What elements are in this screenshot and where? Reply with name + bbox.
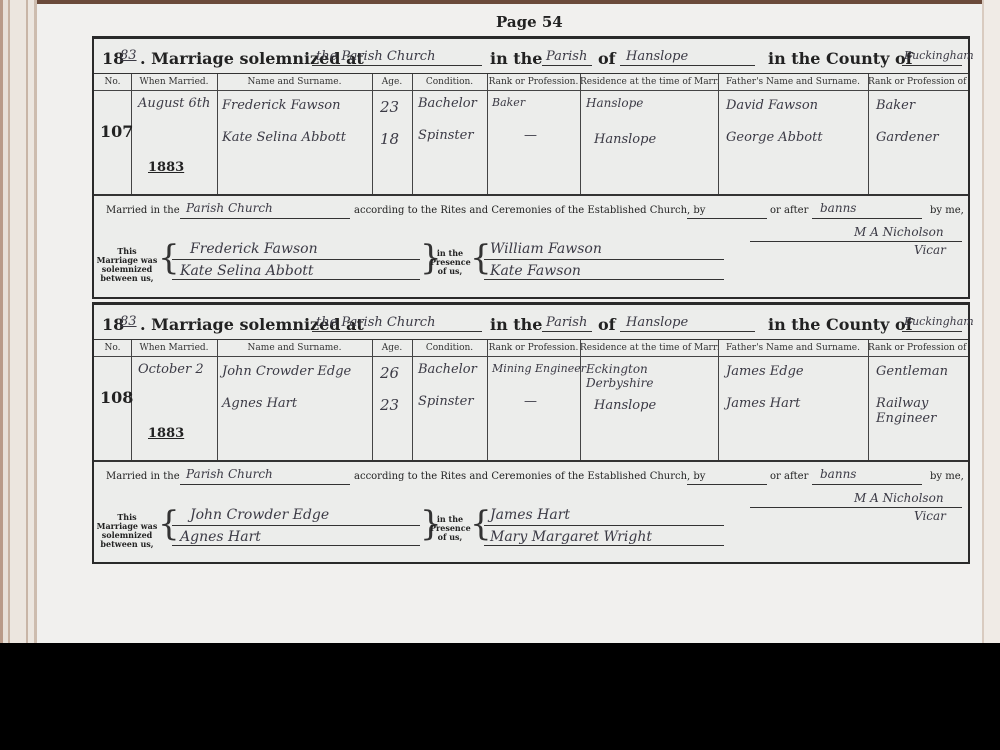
column-header: Father's Name and Surname. — [718, 340, 868, 357]
bride-condition: Spinster — [418, 128, 474, 143]
district-name-value: Hanslope — [626, 315, 688, 330]
entry-year: 1883 — [148, 160, 184, 175]
county-label: in the County of — [768, 49, 913, 68]
column-header: Rank or Profession. — [487, 340, 580, 357]
bride-residence: Hanslope — [594, 398, 656, 413]
county-value: Buckingham — [904, 49, 974, 62]
witness-signature: Kate Fawson — [490, 263, 581, 279]
or-after-value: banns — [820, 467, 856, 481]
groom-father-rank: Baker — [876, 98, 915, 113]
groom-rank: Baker — [492, 96, 525, 109]
column-header: Rank or Profession of Father — [868, 340, 968, 357]
bride-age: 18 — [380, 130, 399, 148]
column-header: Rank or Profession of Father — [868, 74, 968, 91]
entry-table: No. When Married. Name and Surname. Age.… — [94, 339, 968, 462]
place-value: the Parish Church — [316, 49, 435, 64]
year-hand: 83 — [120, 314, 137, 329]
in-presence-label: in the Presence of us, — [430, 515, 470, 542]
officiant-title: Vicar — [914, 243, 946, 257]
this-marriage-label: This Marriage was solemnized between us, — [96, 247, 158, 283]
column-header: No. — [94, 74, 131, 91]
bride-father-rank: Railway Engineer — [876, 396, 956, 426]
column-header: When Married. — [131, 340, 217, 357]
county-label: in the County of — [768, 315, 913, 334]
bride-father: George Abbott — [726, 130, 823, 145]
bride-signature: Agnes Hart — [180, 529, 261, 545]
column: When Married. — [131, 340, 218, 460]
bride-age: 23 — [380, 396, 399, 414]
bride-rank: — — [524, 394, 537, 409]
or-after-value: banns — [820, 201, 856, 215]
bride-father-rank: Gardener — [876, 130, 956, 145]
in-the-label: in the — [490, 315, 542, 334]
column-header: Rank or Profession. — [487, 74, 580, 91]
groom-residence: Eckington Derbyshire — [586, 362, 716, 390]
or-after-label: or after — [770, 471, 808, 482]
year-hand: 83 — [120, 48, 137, 63]
when-married: August 6th — [138, 96, 210, 111]
place-value: the Parish Church — [316, 315, 435, 330]
groom-age: 26 — [380, 364, 399, 382]
page-edges-left — [0, 0, 37, 643]
groom-father: James Edge — [726, 364, 804, 379]
married-in-value: Parish Church — [186, 201, 273, 215]
officiant-signature: M A Nicholson — [854, 491, 944, 505]
groom-father: David Fawson — [726, 98, 818, 113]
column-header: Age. — [372, 340, 412, 357]
of-label: of — [598, 49, 616, 68]
groom-name: Frederick Fawson — [222, 98, 341, 113]
column-header: Residence at the time of Marriage. — [580, 74, 718, 91]
bride-rank: — — [524, 128, 537, 143]
entry-table: No. When Married. Name and Surname. Age.… — [94, 73, 968, 196]
column-header: Name and Surname. — [217, 340, 372, 357]
entry-number: 107 — [100, 122, 133, 141]
column-header: Condition. — [412, 340, 487, 357]
column-header: Residence at the time of Marriage. — [580, 340, 718, 357]
witness-signature: James Hart — [490, 507, 570, 523]
column-header: Father's Name and Surname. — [718, 74, 868, 91]
bride-name: Kate Selina Abbott — [222, 130, 346, 145]
county-value: Buckingham — [904, 315, 974, 328]
column-header: Name and Surname. — [217, 74, 372, 91]
groom-name: John Crowder Edge — [222, 364, 351, 379]
by-me-label: by me, — [930, 471, 964, 482]
groom-condition: Bachelor — [418, 362, 477, 377]
entry-heading: 18 83 . Marriage solemnized at the Paris… — [102, 43, 962, 71]
married-in-label: Married in the — [106, 205, 180, 216]
bride-signature: Kate Selina Abbott — [180, 263, 314, 279]
entry-year: 1883 — [148, 426, 184, 441]
entry-number: 108 — [100, 388, 133, 407]
page-number: Page 54 — [496, 13, 563, 31]
district-value: Parish — [546, 315, 587, 330]
bride-father: James Hart — [726, 396, 800, 411]
in-the-label: in the — [490, 49, 542, 68]
bride-name: Agnes Hart — [222, 396, 297, 411]
witness-signature: Mary Margaret Wright — [490, 529, 652, 545]
column-header: No. — [94, 340, 131, 357]
married-in-label: Married in the — [106, 471, 180, 482]
groom-signature: John Crowder Edge — [190, 507, 329, 523]
entry-heading: 18 83 . Marriage solemnized at the Paris… — [102, 309, 962, 337]
district-name-value: Hanslope — [626, 49, 688, 64]
groom-residence: Hanslope — [586, 96, 716, 110]
witness-signature: William Fawson — [490, 241, 602, 257]
column-header: Condition. — [412, 74, 487, 91]
column-header: When Married. — [131, 74, 217, 91]
rites-label: according to the Rites and Ceremonies of… — [354, 205, 705, 216]
or-after-label: or after — [770, 205, 808, 216]
column: When Married. — [131, 74, 218, 194]
by-me-label: by me, — [930, 205, 964, 216]
district-value: Parish — [546, 49, 587, 64]
groom-father-rank: Gentleman — [876, 364, 948, 379]
marriage-entry: 18 83 . Marriage solemnized at the Paris… — [92, 36, 970, 299]
bride-condition: Spinster — [418, 394, 474, 409]
marriage-entry: 18 83 . Marriage solemnized at the Paris… — [92, 302, 970, 564]
officiant-title: Vicar — [914, 509, 946, 523]
column-header: Age. — [372, 74, 412, 91]
groom-condition: Bachelor — [418, 96, 477, 111]
bride-residence: Hanslope — [594, 132, 656, 147]
groom-signature: Frederick Fawson — [190, 241, 318, 257]
this-marriage-label: This Marriage was solemnized between us, — [96, 513, 158, 549]
of-label: of — [598, 315, 616, 334]
in-presence-label: in the Presence of us, — [430, 249, 470, 276]
groom-rank: Mining Engineer — [492, 362, 586, 375]
page-edges-right — [982, 0, 1000, 643]
rites-label: according to the Rites and Ceremonies of… — [354, 471, 705, 482]
married-in-value: Parish Church — [186, 467, 273, 481]
groom-age: 23 — [380, 98, 399, 116]
when-married: October 2 — [138, 362, 204, 377]
officiant-signature: M A Nicholson — [854, 225, 944, 239]
